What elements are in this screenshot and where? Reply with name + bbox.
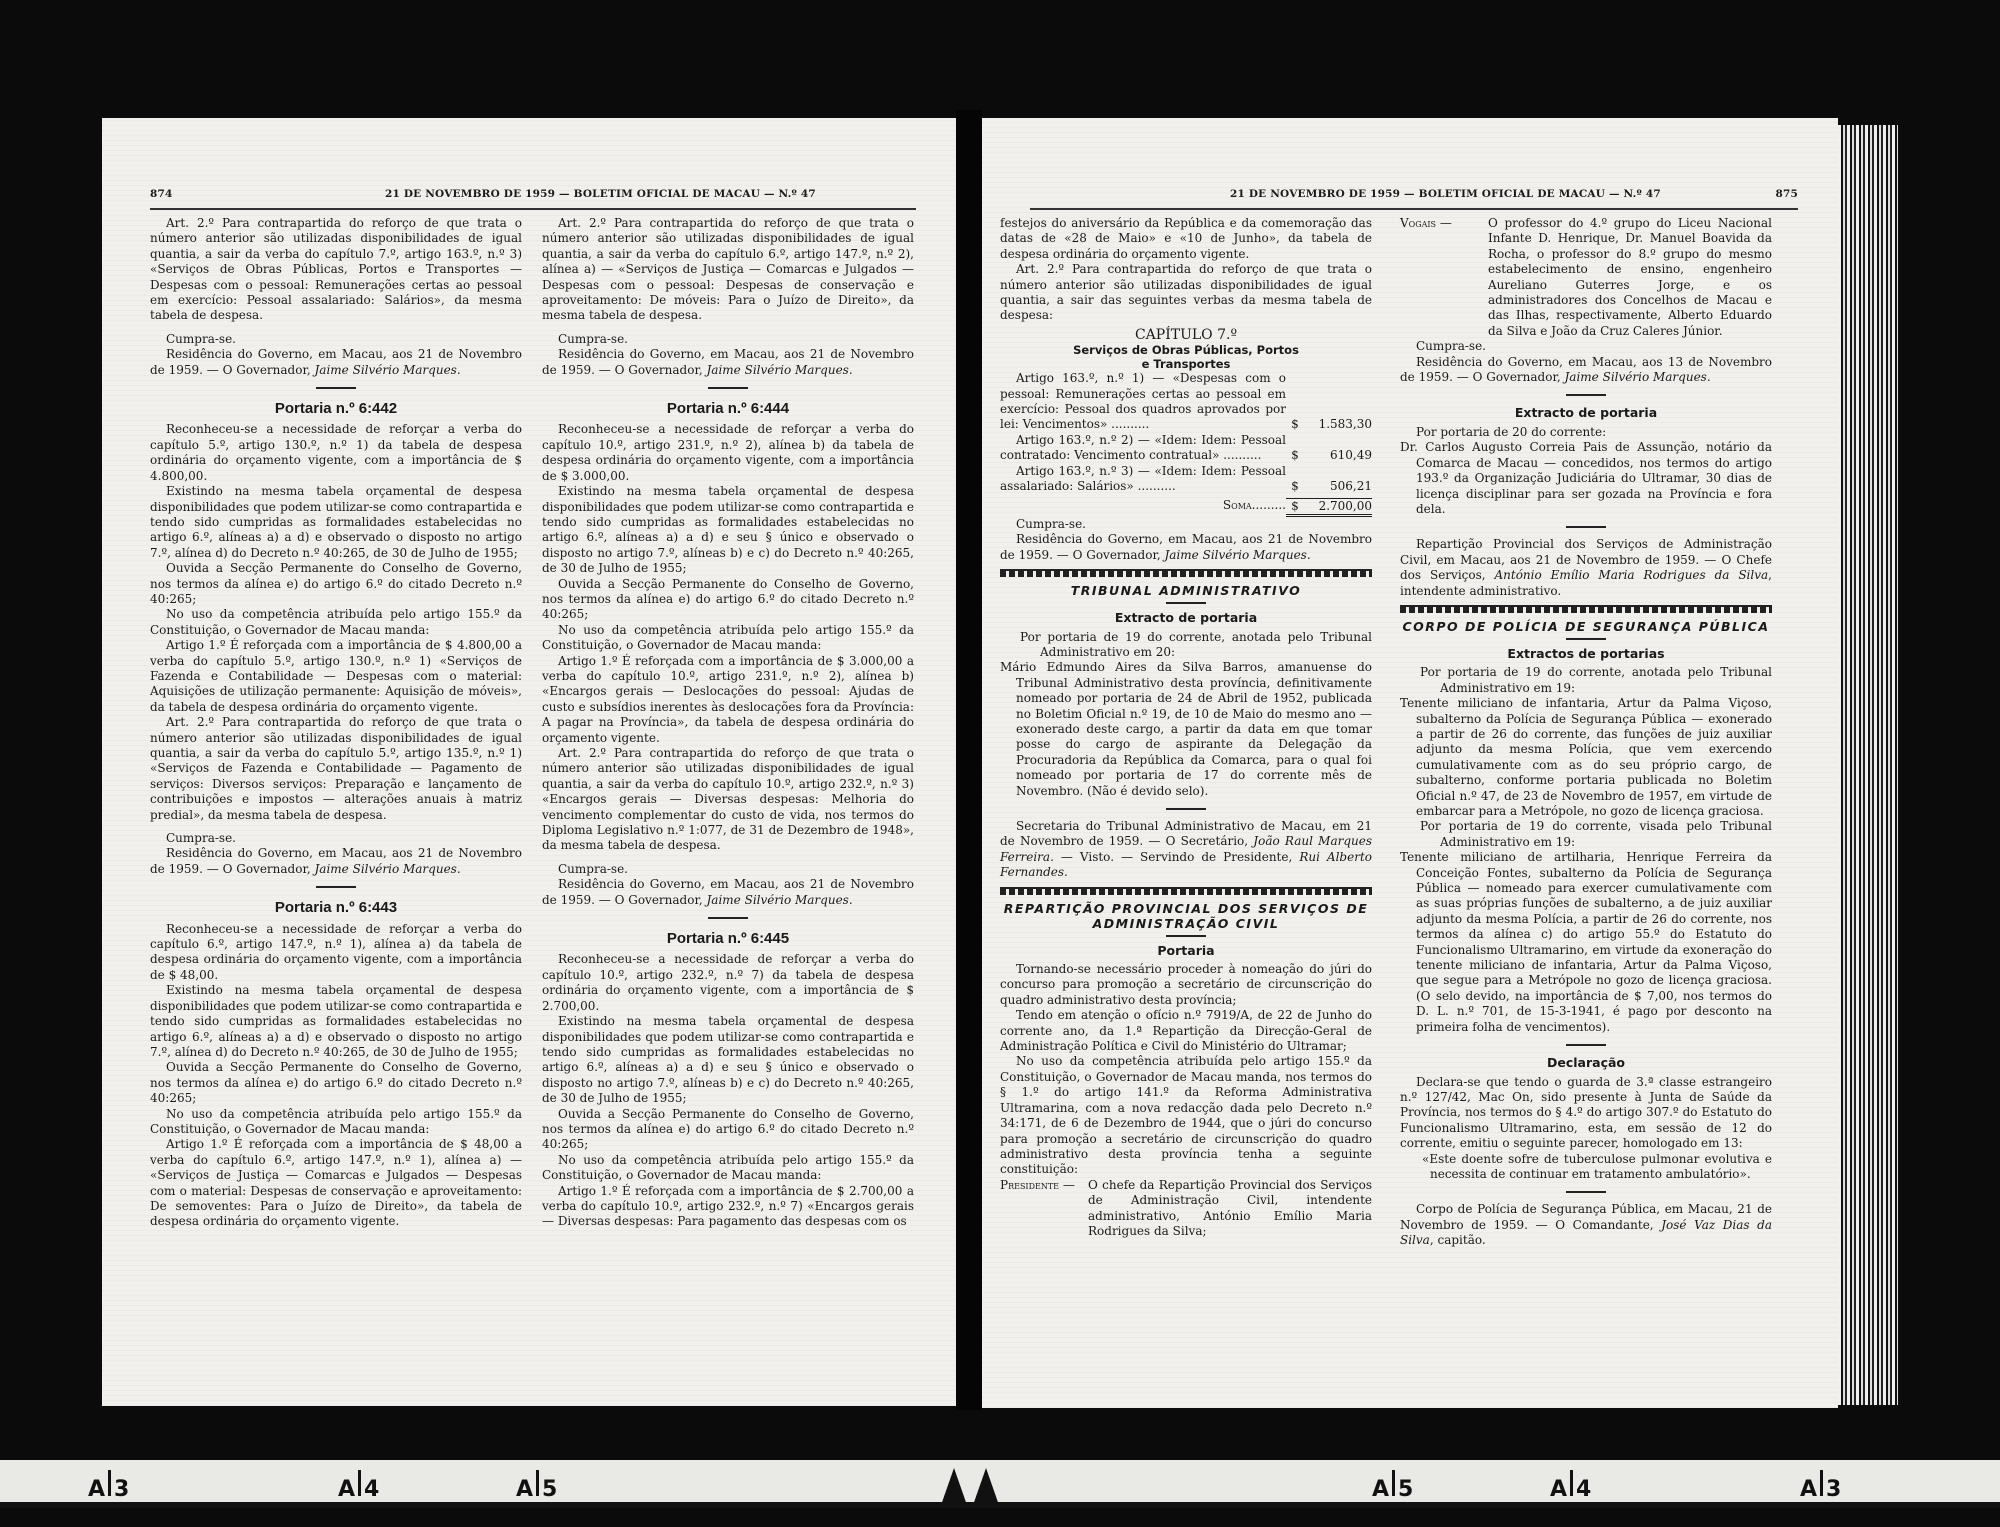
paragraph: Existindo na mesma tabela orçamental de … bbox=[542, 484, 914, 576]
paragraph: No uso da competência atribuída pelo art… bbox=[1000, 1054, 1372, 1177]
paragraph: Dr. Carlos Augusto Correia Pais de Assun… bbox=[1400, 440, 1772, 517]
film-marker: A3 bbox=[1800, 1476, 1841, 1502]
divider bbox=[1566, 394, 1606, 396]
film-notch bbox=[972, 1468, 1000, 1508]
header-title: 21 DE NOVEMBRO DE 1959 — BOLETIM OFICIAL… bbox=[385, 188, 816, 200]
paragraph: Por portaria de 19 do corrente, anotada … bbox=[1400, 665, 1772, 696]
right-column-1: festejos do aniversário da República e d… bbox=[1000, 216, 1372, 1239]
paragraph: Ouvida a Secção Permanente do Conselho d… bbox=[150, 561, 522, 607]
paragraph: Cumpra-se. bbox=[150, 831, 522, 846]
film-marker: A4 bbox=[1550, 1476, 1591, 1502]
paragraph: Por portaria de 20 do corrente: bbox=[1400, 425, 1772, 440]
paragraph: Residência do Governo, em Macau, aos 21 … bbox=[542, 877, 914, 908]
paragraph: Por portaria de 19 do corrente, visada p… bbox=[1400, 819, 1772, 850]
jury-member: Vogais — O professor do 4.º grupo do Lic… bbox=[1400, 216, 1772, 339]
subheading: Portaria bbox=[1000, 943, 1372, 958]
section-title: Portaria n.º 6:444 bbox=[542, 401, 914, 416]
page-number: 875 bbox=[1775, 188, 1798, 200]
sum-label: Soma......... bbox=[1223, 498, 1286, 517]
expense-table: Artigo 163.º, n.º 1) — «Despesas com o p… bbox=[1000, 371, 1372, 517]
sum-value: 2.700,00 bbox=[1304, 498, 1372, 517]
paragraph: Por portaria de 19 do corrente, anotada … bbox=[1000, 630, 1372, 661]
expense-row: Artigo 163.º, n.º 2) — «Idem: Idem: Pess… bbox=[1000, 433, 1372, 464]
paragraph: Tenente miliciano de artilharia, Henriqu… bbox=[1400, 850, 1772, 1035]
chapter-subtitle: Serviços de Obras Públicas, Portos bbox=[1000, 343, 1372, 357]
paragraph: Art. 2.º Para contrapartida do reforço d… bbox=[150, 715, 522, 823]
paragraph: Artigo 1.º É reforçada com a importância… bbox=[542, 1184, 914, 1230]
subheading: Extracto de portaria bbox=[1000, 610, 1372, 625]
paragraph: Ouvida a Secção Permanente do Conselho d… bbox=[542, 577, 914, 623]
paragraph: No uso da competência atribuída pelo art… bbox=[150, 1107, 522, 1138]
expense-value: 610,49 bbox=[1304, 448, 1372, 463]
expense-value: 506,21 bbox=[1304, 479, 1372, 494]
paragraph: Artigo 1.º É reforçada com a importância… bbox=[150, 1137, 522, 1229]
paragraph: Mário Edmundo Aires da Silva Barros, ama… bbox=[1000, 660, 1372, 799]
divider bbox=[1566, 638, 1606, 640]
page-edges bbox=[1838, 125, 1898, 1405]
section-heading: TRIBUNAL ADMINISTRATIVO bbox=[1000, 583, 1372, 598]
signatory: Jaime Silvério Marques. bbox=[707, 363, 853, 377]
paragraph: Residência do Governo, em Macau, aos 21 … bbox=[1000, 532, 1372, 563]
paragraph: Reconheceu-se a necessidade de reforçar … bbox=[150, 422, 522, 484]
divider bbox=[708, 917, 748, 919]
signatory: Jaime Silvério Marques. bbox=[315, 862, 461, 876]
chapter-title: CAPÍTULO 7.º bbox=[1000, 328, 1372, 343]
divider bbox=[1566, 526, 1606, 528]
paragraph: Cumpra-se. bbox=[1400, 339, 1772, 354]
divider bbox=[1566, 1044, 1606, 1046]
running-head-right: 21 DE NOVEMBRO DE 1959 — BOLETIM OFICIAL… bbox=[1030, 188, 1798, 210]
film-notch bbox=[940, 1468, 968, 1508]
paragraph: Ouvida a Secção Permanente do Conselho d… bbox=[542, 1107, 914, 1153]
page-number: 874 bbox=[150, 188, 173, 200]
paragraph: Cumpra-se. bbox=[542, 862, 914, 877]
paragraph: Tenente miliciano de infantaria, Artur d… bbox=[1400, 696, 1772, 819]
subheading: Extractos de portarias bbox=[1400, 646, 1772, 661]
section-divider bbox=[1000, 887, 1372, 895]
paragraph: Existindo na mesma tabela orçamental de … bbox=[150, 484, 522, 561]
right-column-2: Vogais — O professor do 4.º grupo do Lic… bbox=[1400, 216, 1772, 1249]
chapter-subtitle: e Transportes bbox=[1000, 357, 1372, 371]
paragraph: Tornando-se necessário proceder à nomeaç… bbox=[1000, 962, 1372, 1008]
section-title: Portaria n.º 6:445 bbox=[542, 931, 914, 946]
signatory: Jaime Silvério Marques. bbox=[707, 893, 853, 907]
film-marker: A5 bbox=[516, 1476, 557, 1502]
section-title: Portaria n.º 6:442 bbox=[150, 401, 522, 416]
paragraph: No uso da competência atribuída pelo art… bbox=[542, 1153, 914, 1184]
left-column-1: Art. 2.º Para contrapartida do reforço d… bbox=[150, 216, 522, 1230]
section-divider bbox=[1400, 605, 1772, 613]
left-column-2: Art. 2.º Para contrapartida do reforço d… bbox=[542, 216, 914, 1230]
film-marker: A5 bbox=[1372, 1476, 1413, 1502]
divider bbox=[708, 387, 748, 389]
paragraph: Residência do Governo, em Macau, aos 21 … bbox=[542, 347, 914, 378]
paragraph: Reconheceu-se a necessidade de reforçar … bbox=[542, 952, 914, 1014]
film-marker: A4 bbox=[338, 1476, 379, 1502]
paragraph: No uso da competência atribuída pelo art… bbox=[150, 607, 522, 638]
paragraph: No uso da competência atribuída pelo art… bbox=[542, 623, 914, 654]
paragraph: Residência do Governo, em Macau, aos 21 … bbox=[150, 347, 522, 378]
paragraph: Declara-se que tendo o guarda de 3.ª cla… bbox=[1400, 1075, 1772, 1152]
section-heading: CORPO DE POLÍCIA DE SEGURANÇA PÚBLICA bbox=[1400, 619, 1772, 634]
divider bbox=[316, 387, 356, 389]
paragraph: Corpo de Polícia de Segurança Pública, e… bbox=[1400, 1202, 1772, 1248]
paragraph: Art. 2.º Para contrapartida do reforço d… bbox=[1000, 262, 1372, 324]
paragraph: Art. 2.º Para contrapartida do reforço d… bbox=[542, 746, 914, 854]
expense-value: 1.583,30 bbox=[1304, 417, 1372, 432]
quote: «Este doente sofre de tuberculose pulmon… bbox=[1400, 1152, 1772, 1183]
paragraph: Secretaria do Tribunal Administrativo de… bbox=[1000, 819, 1372, 881]
header-title: 21 DE NOVEMBRO DE 1959 — BOLETIM OFICIAL… bbox=[1230, 188, 1661, 200]
running-head-left: 874 21 DE NOVEMBRO DE 1959 — BOLETIM OFI… bbox=[150, 188, 916, 210]
book-gutter bbox=[956, 110, 982, 1410]
expense-row: Artigo 163.º, n.º 3) — «Idem: Idem: Pess… bbox=[1000, 464, 1372, 495]
paragraph: Cumpra-se. bbox=[542, 332, 914, 347]
signatory: Jaime Silvério Marques. bbox=[1565, 370, 1711, 384]
sum-row: Soma......... $ 2.700,00 bbox=[1000, 498, 1372, 517]
expense-row: Artigo 163.º, n.º 1) — «Despesas com o p… bbox=[1000, 371, 1372, 433]
divider bbox=[1166, 808, 1206, 810]
section-heading: REPARTIÇÃO PROVINCIAL DOS SERVIÇOS DE AD… bbox=[1000, 901, 1372, 931]
divider bbox=[316, 886, 356, 888]
paragraph: Tendo em atenção o ofício n.º 7919/A, de… bbox=[1000, 1008, 1372, 1054]
right-page: 21 DE NOVEMBRO DE 1959 — BOLETIM OFICIAL… bbox=[982, 118, 1838, 1408]
paragraph: Art. 2.º Para contrapartida do reforço d… bbox=[150, 216, 522, 324]
subheading: Extracto de portaria bbox=[1400, 405, 1772, 420]
paragraph: Existindo na mesma tabela orçamental de … bbox=[542, 1014, 914, 1106]
paragraph: festejos do aniversário da República e d… bbox=[1000, 216, 1372, 262]
film-strip: A3 A4 A5 A5 A4 A3 bbox=[0, 1460, 2000, 1508]
divider bbox=[1166, 935, 1206, 937]
section-title: Portaria n.º 6:443 bbox=[150, 900, 522, 915]
divider bbox=[1166, 602, 1206, 604]
paragraph: Residência do Governo, em Macau, aos 13 … bbox=[1400, 355, 1772, 386]
signatory: Jaime Silvério Marques. bbox=[315, 363, 461, 377]
paragraph: Cumpra-se. bbox=[150, 332, 522, 347]
signatory: Jaime Silvério Marques. bbox=[1165, 548, 1311, 562]
subheading: Declaração bbox=[1400, 1055, 1772, 1070]
paragraph: Artigo 1.º É reforçada com a importância… bbox=[150, 638, 522, 715]
left-page: 874 21 DE NOVEMBRO DE 1959 — BOLETIM OFI… bbox=[102, 118, 956, 1406]
paragraph: Art. 2.º Para contrapartida do reforço d… bbox=[542, 216, 914, 324]
paragraph: Artigo 1.º É reforçada com a importância… bbox=[542, 654, 914, 746]
jury-member: Presidente — O chefe da Repartição Provi… bbox=[1000, 1178, 1372, 1240]
film-marker: A3 bbox=[88, 1476, 129, 1502]
paragraph: Cumpra-se. bbox=[1000, 517, 1372, 532]
paragraph: Repartição Provincial dos Serviços de Ad… bbox=[1400, 537, 1772, 599]
paragraph: Existindo na mesma tabela orçamental de … bbox=[150, 983, 522, 1060]
paragraph: Ouvida a Secção Permanente do Conselho d… bbox=[150, 1060, 522, 1106]
section-divider bbox=[1000, 569, 1372, 577]
paragraph: Residência do Governo, em Macau, aos 21 … bbox=[150, 846, 522, 877]
paragraph: Reconheceu-se a necessidade de reforçar … bbox=[542, 422, 914, 484]
divider bbox=[1566, 1191, 1606, 1193]
paragraph: Reconheceu-se a necessidade de reforçar … bbox=[150, 922, 522, 984]
